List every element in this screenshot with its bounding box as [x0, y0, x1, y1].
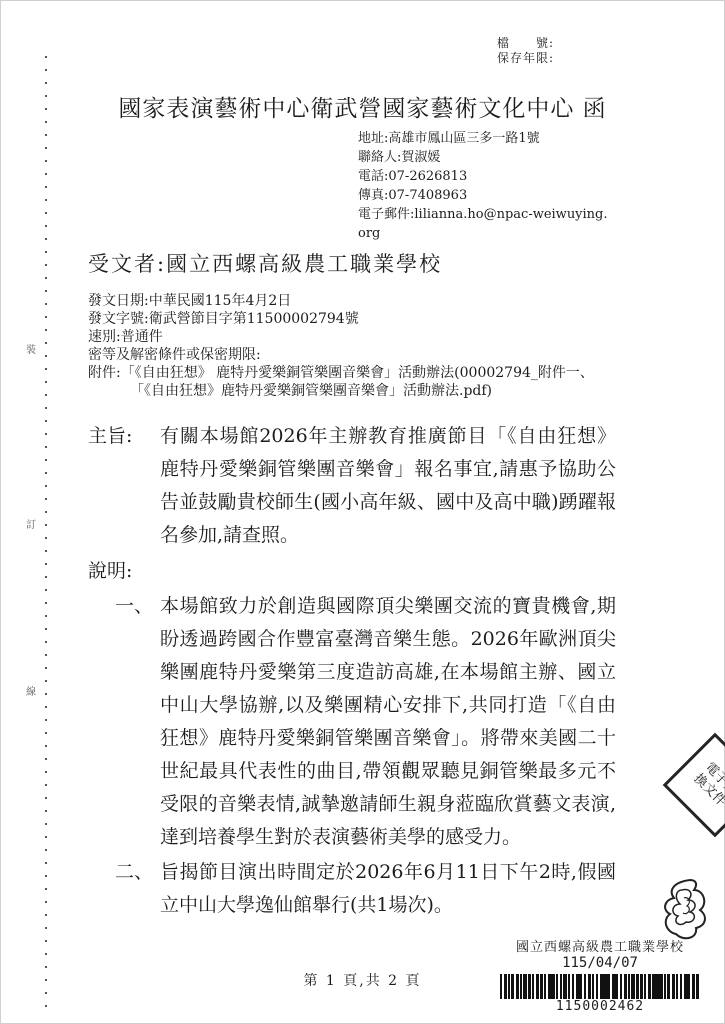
- attachment-line-continued: 「《自由狂想》鹿特丹愛樂銅管樂團音樂會」活動辦法.pdf): [88, 382, 594, 400]
- sender-email-continued: org: [358, 224, 608, 243]
- receipt-stamp-block: 國立西螺高級農工職業學校 115/04/07 1150002462: [495, 936, 705, 1014]
- item-number: 二、: [115, 856, 160, 922]
- security-classification: 密等及解密條件或保密期限:: [88, 346, 594, 364]
- letter-body: 主旨: 有關本場館2026年主辦教育推廣節目「《自由狂想》 鹿特丹愛樂銅管樂團音…: [88, 420, 628, 922]
- item-text: 旨揭節目演出時間定於2026年6月11日下午2時,假國立中山大學逸仙館舉行(共1…: [160, 856, 616, 922]
- received-date: 115/04/07: [495, 955, 705, 971]
- document-meta-block: 發文日期:中華民國115年4月2日 發文字號:衛武營節目字第1150000279…: [88, 292, 594, 400]
- explanation-label: 說明:: [88, 555, 628, 588]
- item-text: 本場館致力於創造與國際頂尖樂團交流的寶貴機會,期盼透過跨國合作豐富臺灣音樂生態。…: [160, 590, 616, 854]
- binding-mark-xian: 線: [26, 688, 36, 698]
- subject-section: 主旨: 有關本場館2026年主辦教育推廣節目「《自由狂想》 鹿特丹愛樂銅管樂團音…: [88, 420, 628, 552]
- binding-mark-ding: 訂: [26, 521, 36, 531]
- explanation-item-1: 一、 本場館致力於創造與國際頂尖樂團交流的寶貴機會,期盼透過跨國合作豐富臺灣音樂…: [115, 590, 628, 854]
- retention-period-label: 保存年限:: [497, 51, 554, 66]
- sender-contact-person: 聯絡人:賀淑媛: [358, 148, 608, 167]
- subject-label: 主旨:: [88, 420, 160, 552]
- seal-scribble-stamp: [660, 876, 712, 944]
- electronic-exchange-stamp-text: 電子交換文件: [688, 758, 725, 812]
- sender-email: 電子郵件:lilianna.ho@npac-weiwuying.: [358, 205, 608, 224]
- priority-level: 速別:普通件: [88, 328, 594, 346]
- attachment-line: 附件:「《自由狂想》 鹿特丹愛樂銅管樂團音樂會」活動辦法(00002794_附件…: [88, 364, 594, 382]
- binding-mark-zhuang: 裝: [26, 346, 36, 356]
- letter-title: 國家表演藝術中心衛武營國家藝術文化中心 函: [0, 90, 725, 123]
- scanned-official-letter: { "letter": { "file_no_label": "檔 號:", "…: [0, 0, 725, 1024]
- explanation-item-2: 二、 旨揭節目演出時間定於2026年6月11日下午2時,假國立中山大學逸仙館舉行…: [115, 856, 628, 922]
- archive-info: 檔 號: 保存年限:: [497, 36, 554, 66]
- binding-dotted-line: [45, 56, 47, 1012]
- barcode: [500, 974, 700, 999]
- document-number: 發文字號:衛武營節目字第11500002794號: [88, 310, 594, 328]
- file-number-label: 檔 號:: [497, 36, 554, 51]
- issue-date: 發文日期:中華民國115年4月2日: [88, 292, 594, 310]
- sender-contact-block: 地址:高雄市鳳山區三多一路1號 聯絡人:賀淑媛 電話:07-2626813 傳真…: [358, 129, 608, 243]
- sender-address: 地址:高雄市鳳山區三多一路1號: [358, 129, 608, 148]
- sender-phone: 電話:07-2626813: [358, 167, 608, 186]
- electronic-exchange-stamp: 電子交換文件: [663, 733, 725, 838]
- barcode-number: 1150002462: [495, 999, 705, 1014]
- recipient-line: 受文者:國立西螺高級農工職業學校: [88, 248, 442, 278]
- sender-fax: 傳真:07-7408963: [358, 186, 608, 205]
- item-number: 一、: [115, 590, 160, 854]
- subject-text: 有關本場館2026年主辦教育推廣節目「《自由狂想》 鹿特丹愛樂銅管樂團音樂會」報…: [160, 420, 616, 552]
